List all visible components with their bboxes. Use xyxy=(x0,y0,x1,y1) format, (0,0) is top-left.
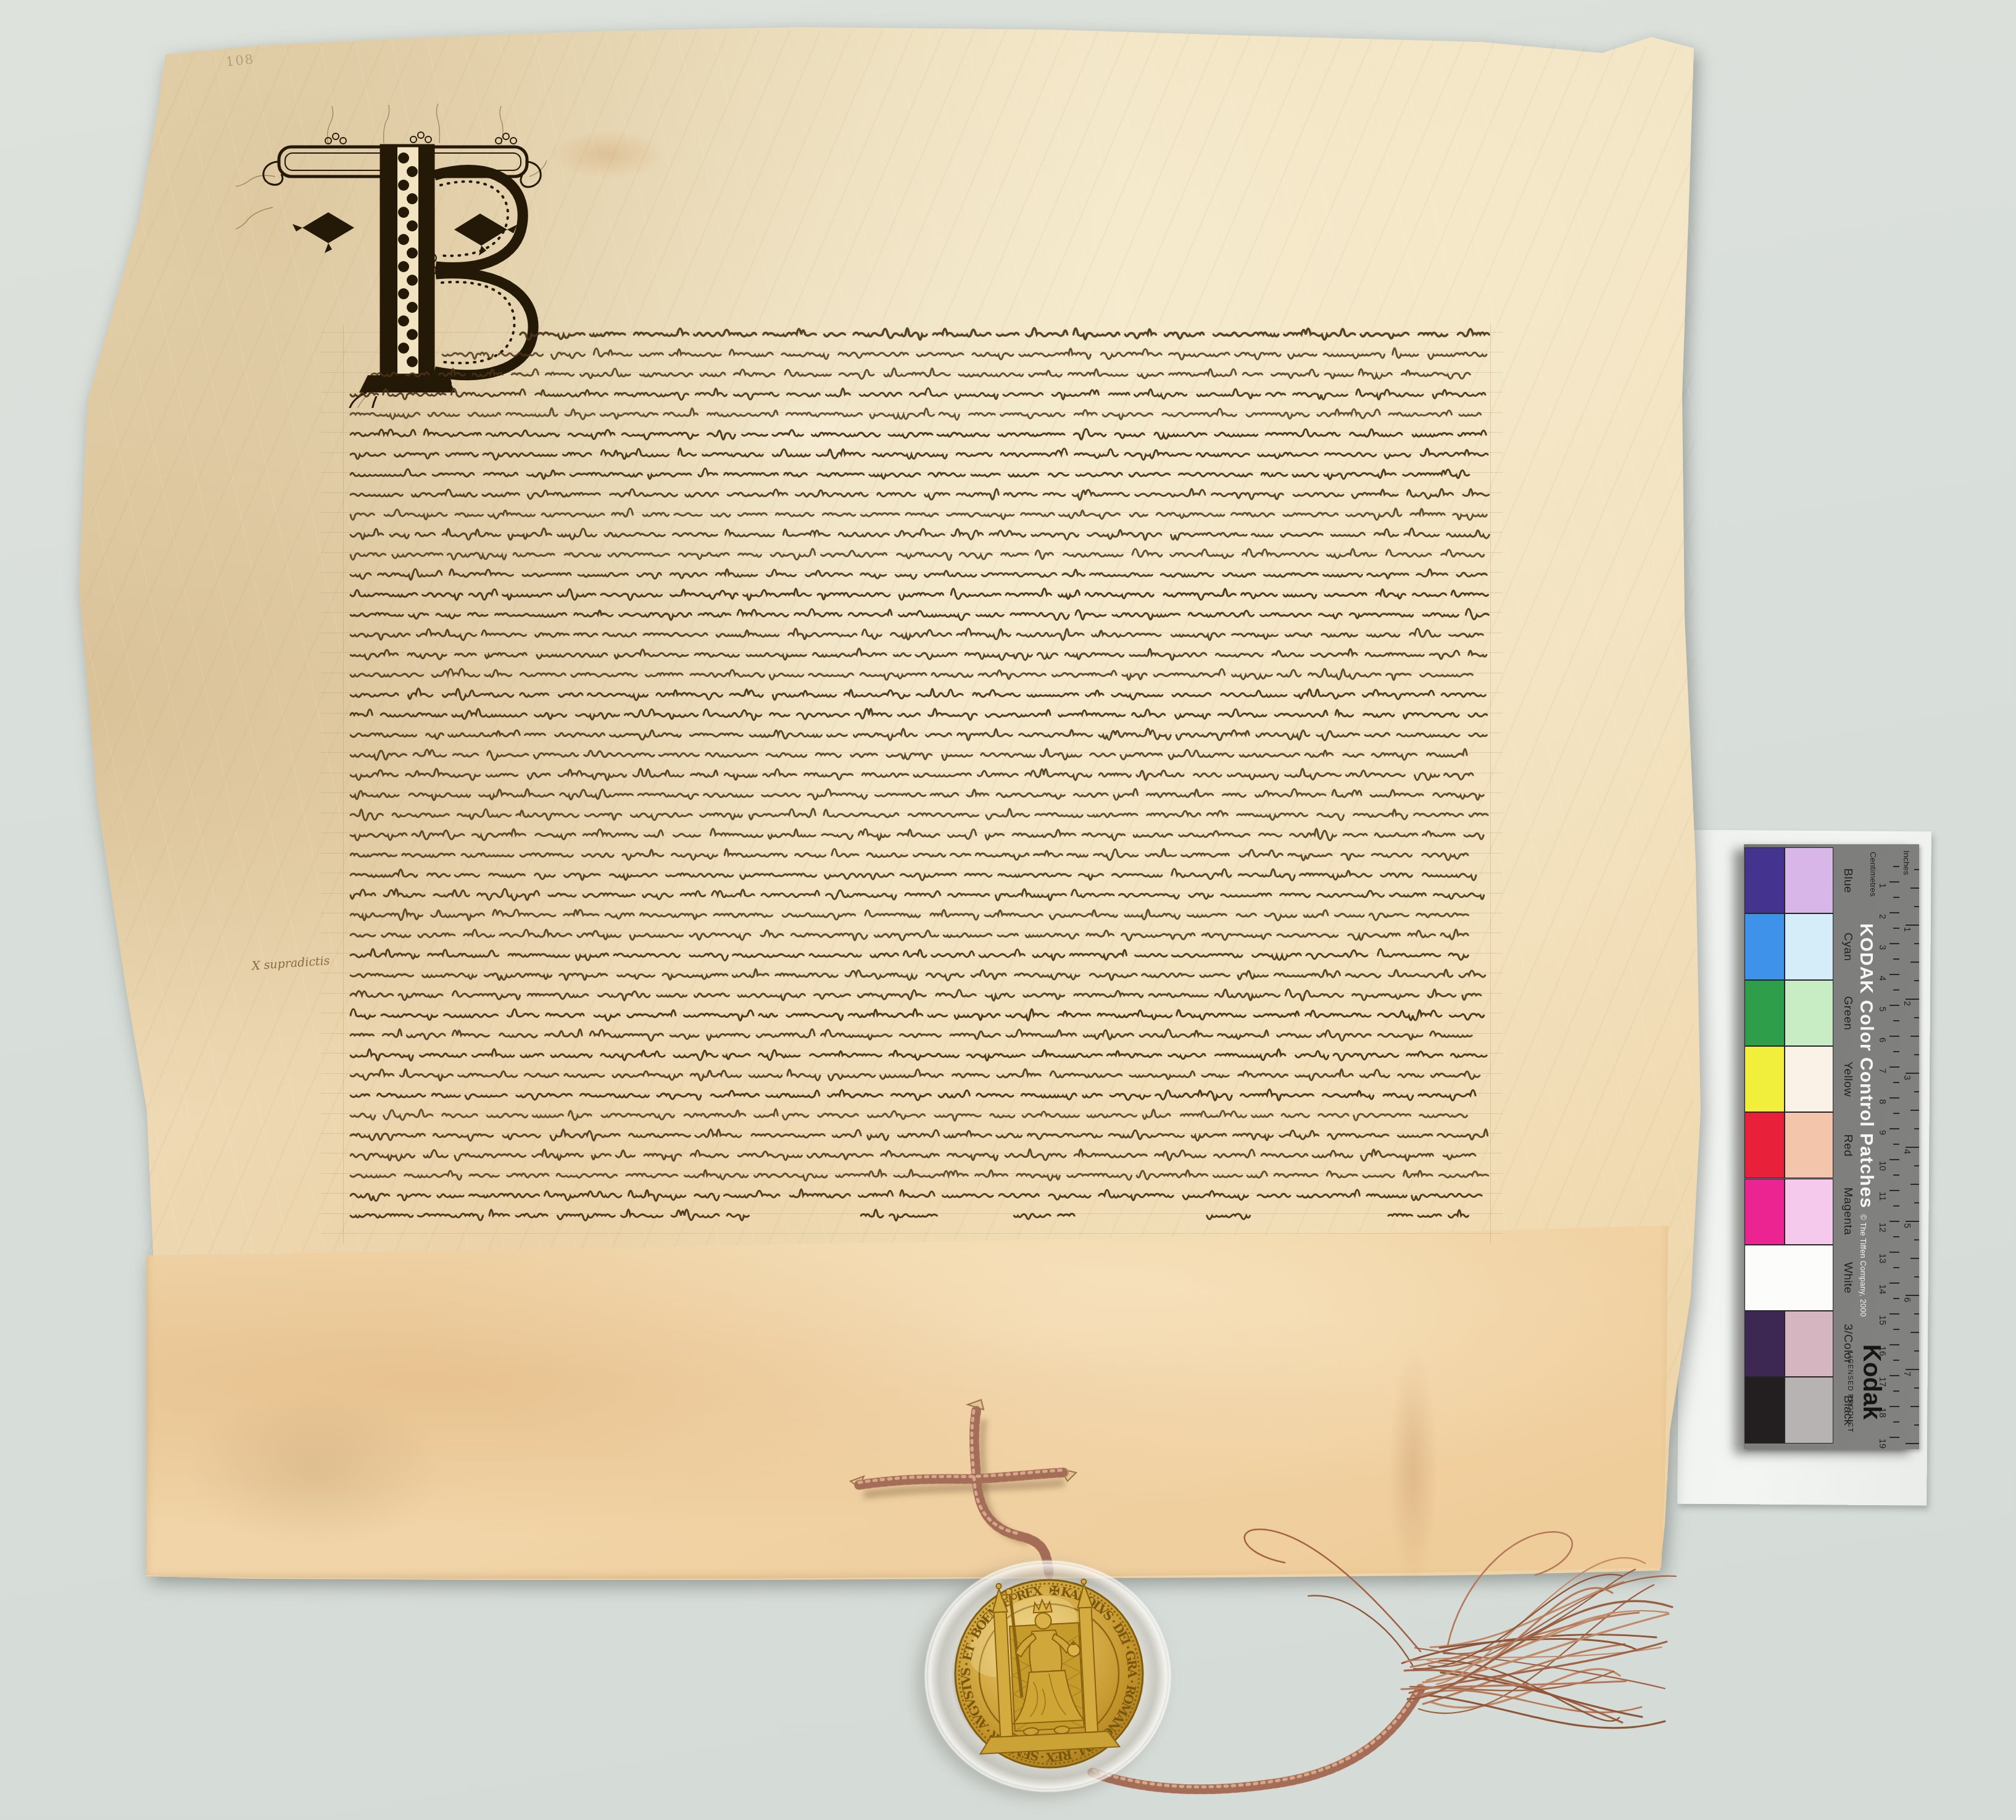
script-line xyxy=(351,869,1476,881)
ruler-number: 3 xyxy=(1877,945,1887,950)
script-line xyxy=(351,509,1487,520)
ruler-tick xyxy=(1914,1276,1919,1278)
script-line xyxy=(351,1149,1475,1161)
ruler-number: 11 xyxy=(1877,1192,1887,1201)
script-line xyxy=(351,849,1468,860)
ruler-tick xyxy=(1893,958,1899,960)
ruler-number: 15 xyxy=(1877,1315,1887,1325)
script-line xyxy=(351,1189,1482,1201)
ruler-tick xyxy=(1906,1073,1919,1074)
ruler-number: 19 xyxy=(1877,1439,1887,1448)
ruler-tick xyxy=(1914,1387,1919,1389)
ruler-tick xyxy=(1893,1437,1899,1438)
ruler-tick xyxy=(1893,1236,1899,1237)
script-line xyxy=(351,1109,1467,1121)
cord-thread xyxy=(1448,1532,1572,1645)
ruler-tick xyxy=(1893,1144,1899,1145)
ruler-tick xyxy=(1893,866,1899,867)
script-line xyxy=(351,889,1484,900)
script-line xyxy=(351,388,1485,400)
script-line xyxy=(351,949,1468,961)
script-line xyxy=(351,1069,1480,1081)
script-line xyxy=(351,989,1481,1000)
cord-thread xyxy=(1415,1648,1665,1689)
ruler-tick xyxy=(1893,1205,1899,1207)
ruler-number: 5 xyxy=(1902,1223,1912,1228)
script-line xyxy=(351,1029,1472,1041)
ruler-tick xyxy=(1889,1190,1899,1191)
script-line xyxy=(351,609,1488,620)
ruler-tick xyxy=(1906,1295,1919,1296)
script-line xyxy=(351,669,1473,680)
ruler-number: 7 xyxy=(1902,1371,1912,1376)
script-line xyxy=(351,528,1489,540)
ruler-tick xyxy=(1889,1221,1899,1222)
ruler-tick xyxy=(1910,1184,1919,1185)
ruler-tick xyxy=(1914,1165,1919,1166)
ruler-tick xyxy=(1906,1443,1919,1444)
ruler-tick xyxy=(1914,1239,1919,1240)
ruler-tick xyxy=(1910,1258,1919,1259)
cord-thread xyxy=(1245,1529,1421,1652)
ruler-number: 7 xyxy=(1877,1068,1887,1073)
ruler-tick xyxy=(1914,869,1919,870)
script-line xyxy=(351,569,1487,580)
ruler-tick xyxy=(1910,962,1919,963)
script-line xyxy=(442,348,1487,360)
kodak-color-card: BlueCyanGreenYellowRedMagentaWhite3/Colo… xyxy=(1744,844,1919,1449)
ruler-number: 2 xyxy=(1902,1001,1912,1006)
ruler-tick xyxy=(1889,1344,1899,1345)
cord-thread xyxy=(1308,1596,1413,1666)
script-line xyxy=(351,649,1487,660)
ruler-number: 1 xyxy=(1877,883,1887,888)
ruler-tick xyxy=(1889,881,1899,883)
ruler-tick xyxy=(1910,1110,1919,1111)
ruler-tick xyxy=(1893,897,1899,898)
ruler-number: 16 xyxy=(1877,1346,1887,1356)
ruler-tick xyxy=(1914,1128,1919,1129)
script-line xyxy=(351,969,1485,981)
golden-seal: ✠ KAROLVS · DEI · GRA · ROMANORVM · REX … xyxy=(918,1550,1180,1820)
ruler-tick xyxy=(1893,1421,1899,1423)
ruler-tick xyxy=(1889,1375,1899,1376)
script-line xyxy=(351,468,1469,480)
script-line xyxy=(351,729,1487,741)
ruler-tick xyxy=(1893,1113,1899,1114)
script-line xyxy=(351,449,1488,460)
ruler-tick xyxy=(1889,1282,1899,1284)
ruler-tick xyxy=(1893,1020,1899,1021)
thread-bundle xyxy=(1245,1529,1676,1728)
ruler-number: 6 xyxy=(1877,1037,1887,1042)
ruler-number: 12 xyxy=(1877,1223,1887,1232)
script-line xyxy=(351,1210,1469,1221)
ruler-tick xyxy=(1889,943,1899,944)
script-line xyxy=(351,1089,1475,1100)
ruler-tick xyxy=(1906,925,1919,926)
seal-cord xyxy=(771,1376,1697,1820)
ruler-number: 1 xyxy=(1902,927,1912,932)
ruler-tick xyxy=(1906,1369,1919,1370)
script-line xyxy=(351,829,1483,841)
ruler-number: 3 xyxy=(1902,1075,1912,1080)
ruler-tick xyxy=(1893,1298,1899,1299)
ruler-tick xyxy=(1889,912,1899,913)
script-line xyxy=(351,808,1488,820)
ruler-tick xyxy=(1906,1147,1919,1148)
ruler-number: 18 xyxy=(1877,1408,1887,1418)
script-line xyxy=(351,489,1489,500)
ruler-tick xyxy=(1910,887,1919,889)
ruler-tick xyxy=(1889,1005,1899,1006)
ruler-tick xyxy=(1889,1097,1899,1099)
ruler-tick xyxy=(1893,989,1899,991)
ruler-tick xyxy=(1889,1252,1899,1253)
ruler-tick xyxy=(1889,1128,1899,1129)
ruler-tick xyxy=(1906,1221,1919,1222)
ruler-tick xyxy=(1914,1202,1919,1203)
script-line xyxy=(351,628,1483,640)
ruler-tick xyxy=(1914,1054,1919,1055)
script-line xyxy=(351,709,1487,720)
ruler-number: 5 xyxy=(1877,1007,1887,1012)
ruler-number: 13 xyxy=(1877,1253,1887,1263)
script-line xyxy=(351,429,1486,439)
script-line xyxy=(371,368,1470,379)
ruler-number: 10 xyxy=(1877,1161,1887,1171)
script-line xyxy=(351,768,1473,780)
script-line xyxy=(351,789,1483,800)
ruler-tick xyxy=(1914,943,1919,944)
ruler-tick xyxy=(1893,1174,1899,1176)
script-line xyxy=(351,689,1485,700)
manuscript-text-block xyxy=(343,318,1491,1238)
script-line xyxy=(351,749,1467,760)
script-line xyxy=(351,1049,1487,1061)
script-line xyxy=(351,1170,1488,1181)
ruler-tick xyxy=(1889,1406,1899,1407)
script-line xyxy=(351,909,1469,920)
ruler-tick xyxy=(1914,1424,1919,1426)
script-line xyxy=(351,588,1488,600)
ruler-tick xyxy=(1914,906,1919,907)
ruler-tick xyxy=(1910,1332,1919,1333)
ruler-tick xyxy=(1910,1036,1919,1037)
ruler-tick xyxy=(1893,1267,1899,1268)
ruler-tick xyxy=(1914,980,1919,981)
ruler-tick xyxy=(1893,1390,1899,1392)
ruler-tick xyxy=(1893,1360,1899,1361)
archival-mark: 108 xyxy=(225,52,255,70)
ruler-number: 6 xyxy=(1902,1297,1912,1302)
ruler-tick xyxy=(1893,928,1899,929)
ruler-number: 2 xyxy=(1877,914,1887,919)
script-line xyxy=(351,408,1481,420)
ruler-number: 14 xyxy=(1877,1284,1887,1294)
script-line xyxy=(520,328,1489,340)
ruler-number: 4 xyxy=(1877,976,1887,981)
ruler-tick xyxy=(1910,1406,1919,1407)
ruler: 123456789101112131415161718191234567 xyxy=(1744,844,1919,1449)
ruler-tick xyxy=(1914,1017,1919,1018)
ruler-tick xyxy=(1889,1313,1899,1315)
script-line xyxy=(351,1129,1488,1141)
ruler-tick xyxy=(1889,1066,1899,1068)
ruler-tick xyxy=(1914,1313,1919,1315)
ruler-tick xyxy=(1893,1329,1899,1330)
ruler-tick xyxy=(1914,1091,1919,1092)
script-line xyxy=(351,549,1484,560)
ruler-tick xyxy=(1906,999,1919,1000)
ruler-tick xyxy=(1889,974,1899,975)
script-line xyxy=(351,1009,1484,1021)
ruler-tick xyxy=(1893,1051,1899,1052)
ruler-number: 4 xyxy=(1902,1149,1912,1154)
ruler-tick xyxy=(1889,1159,1899,1160)
ruler-tick xyxy=(1893,1082,1899,1083)
ruler-tick xyxy=(1914,1350,1919,1352)
ruler-number: 17 xyxy=(1877,1377,1887,1387)
ruler-tick xyxy=(1889,1036,1899,1037)
ruler-number: 8 xyxy=(1877,1099,1887,1104)
ruler-number: 9 xyxy=(1877,1130,1887,1135)
photo-canvas: { "page": { "background": "#d8ded9" }, "… xyxy=(0,0,2016,1820)
script-line xyxy=(351,929,1468,941)
